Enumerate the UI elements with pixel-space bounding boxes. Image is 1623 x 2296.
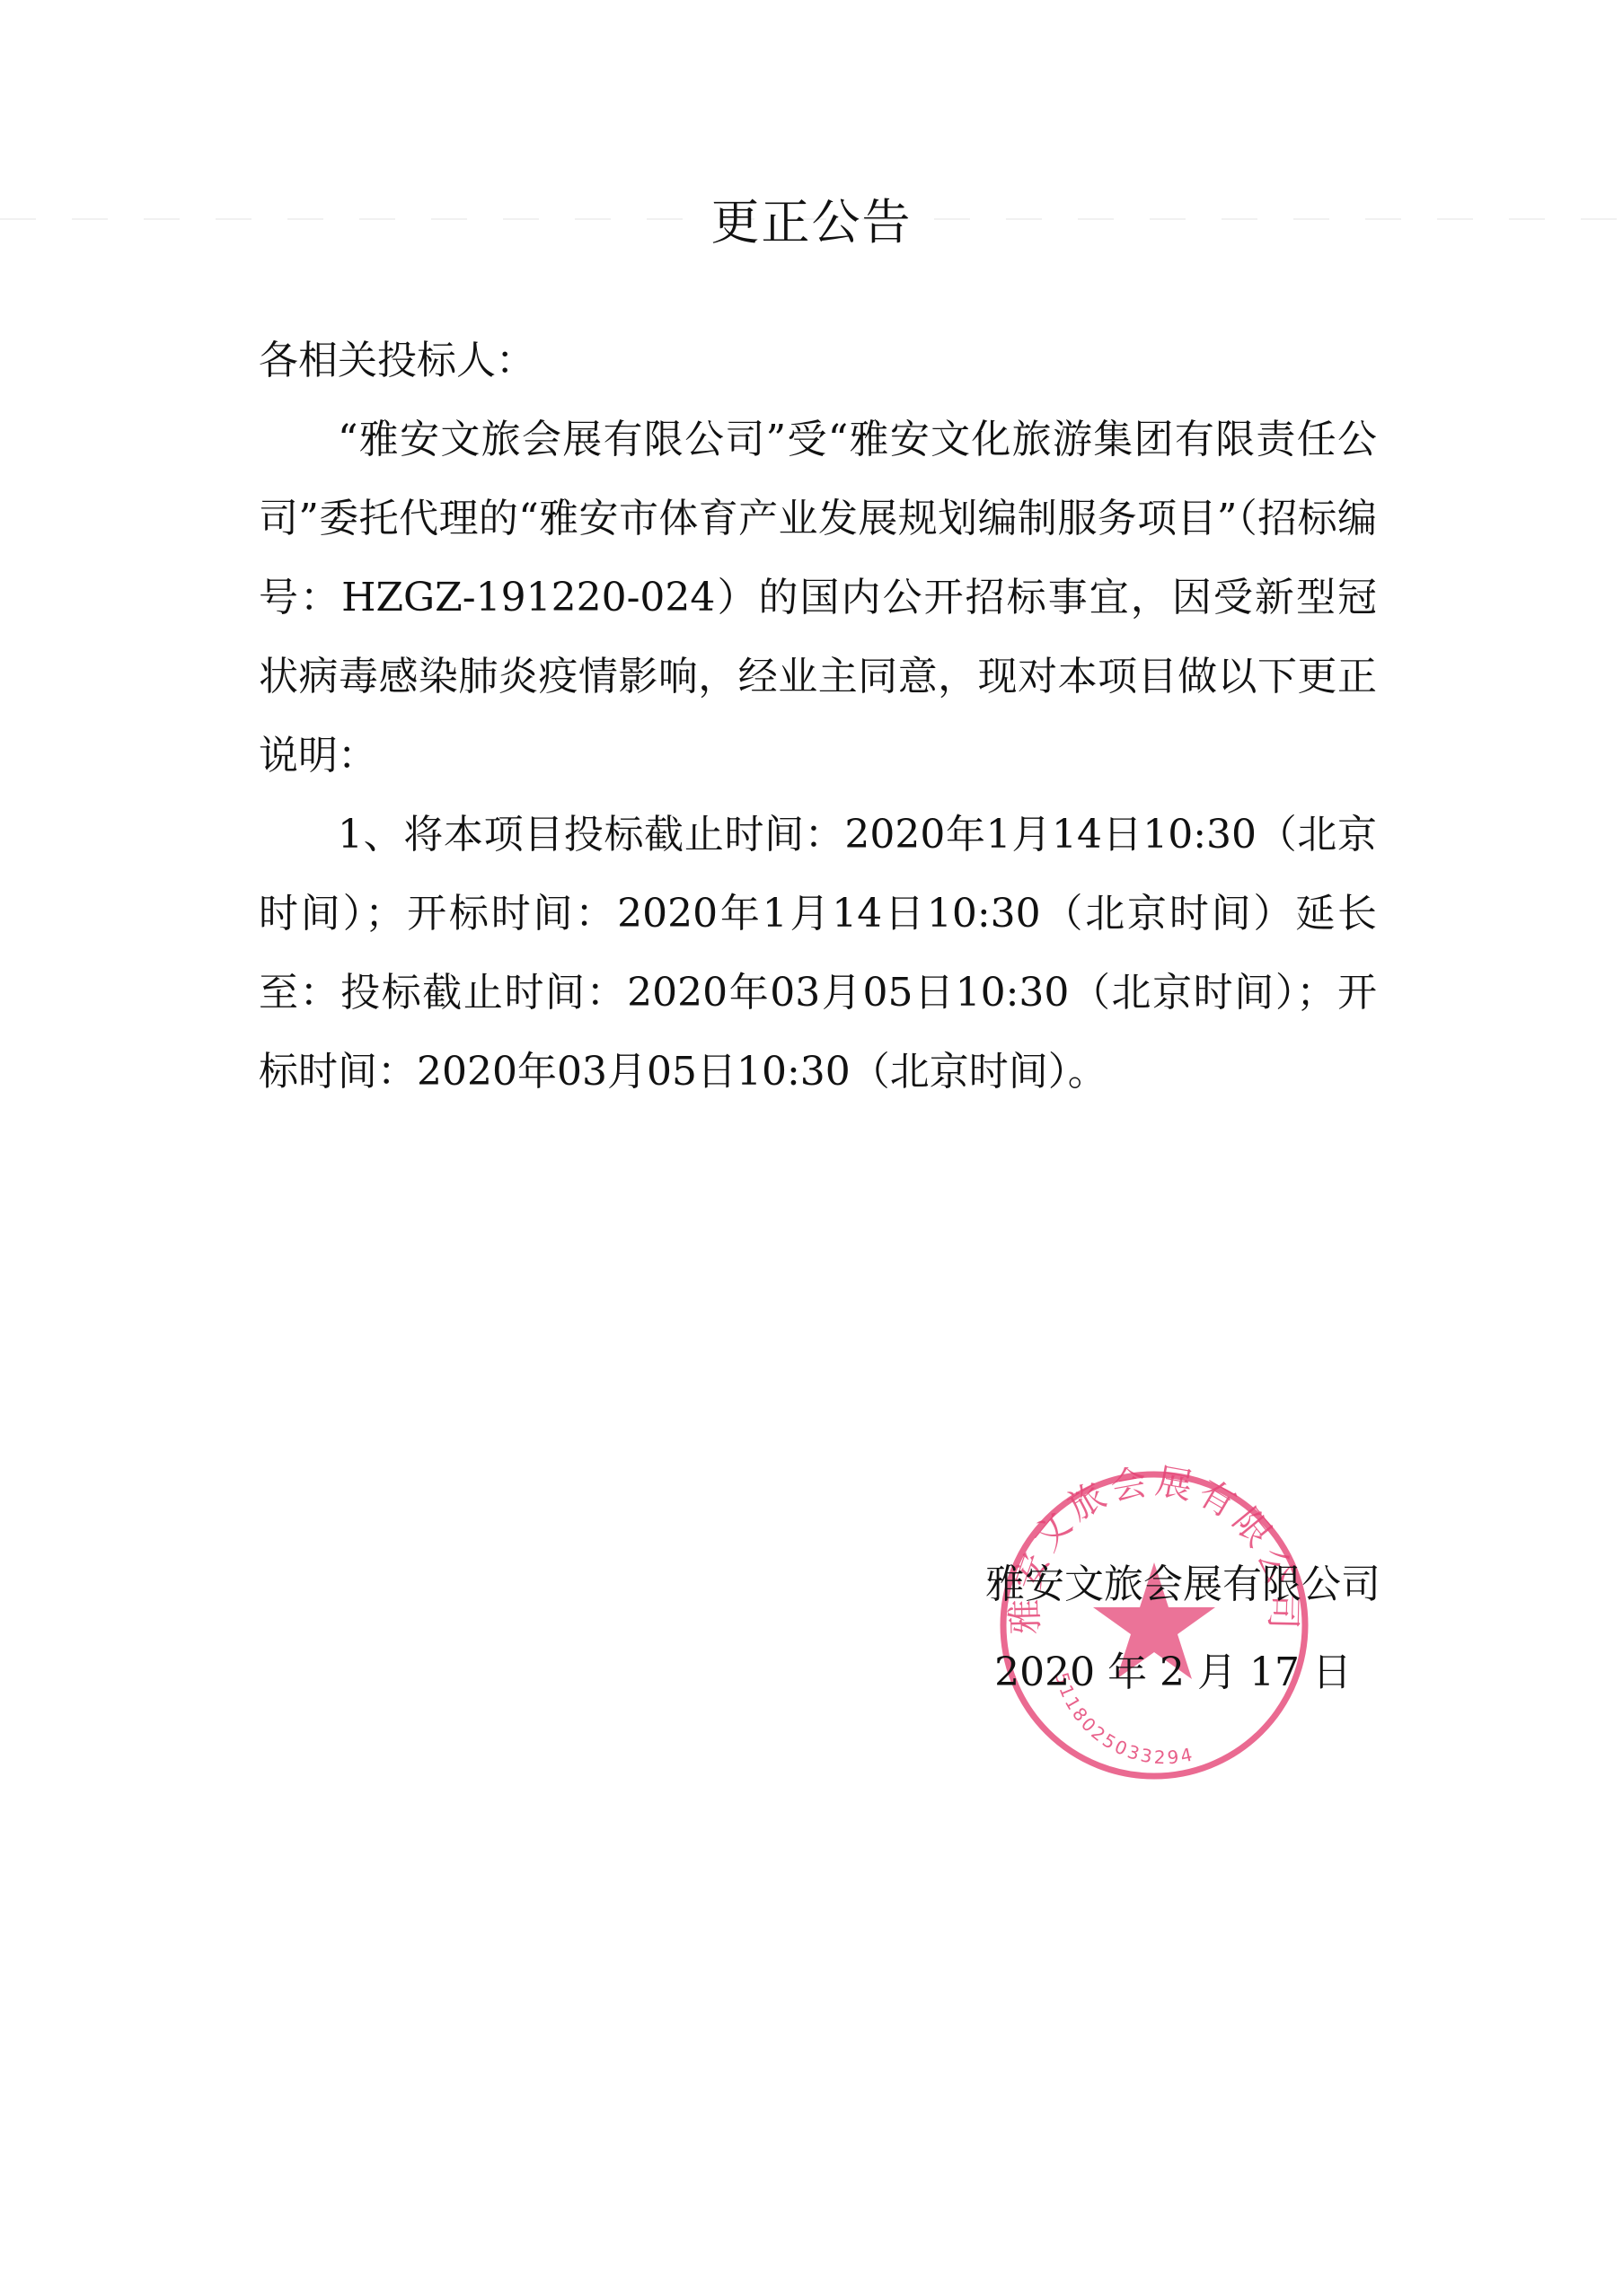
- signature-company: 雅安文旅会展有限公司: [985, 1552, 1380, 1609]
- company-seal-stamp: 雅安文旅会展有限公司 5118025033294: [992, 1464, 1316, 1787]
- salutation: 各相关投标人：: [259, 321, 1377, 400]
- signature-date: 2020 年 2 月 17 日: [994, 1640, 1352, 1697]
- document-page: 更正公告 各相关投标人： “雅安文旅会展有限公司”受“雅安文化旅游集团有限责任公…: [0, 0, 1623, 2296]
- paragraph-intro: “雅安文旅会展有限公司”受“雅安文化旅游集团有限责任公司”委托代理的“雅安市体育…: [259, 400, 1377, 796]
- paragraph-correction-item-1: 1、将本项目投标截止时间：2020年1月14日10:30（北京时间）；开标时间：…: [259, 796, 1377, 1112]
- document-title: 更正公告: [0, 184, 1623, 253]
